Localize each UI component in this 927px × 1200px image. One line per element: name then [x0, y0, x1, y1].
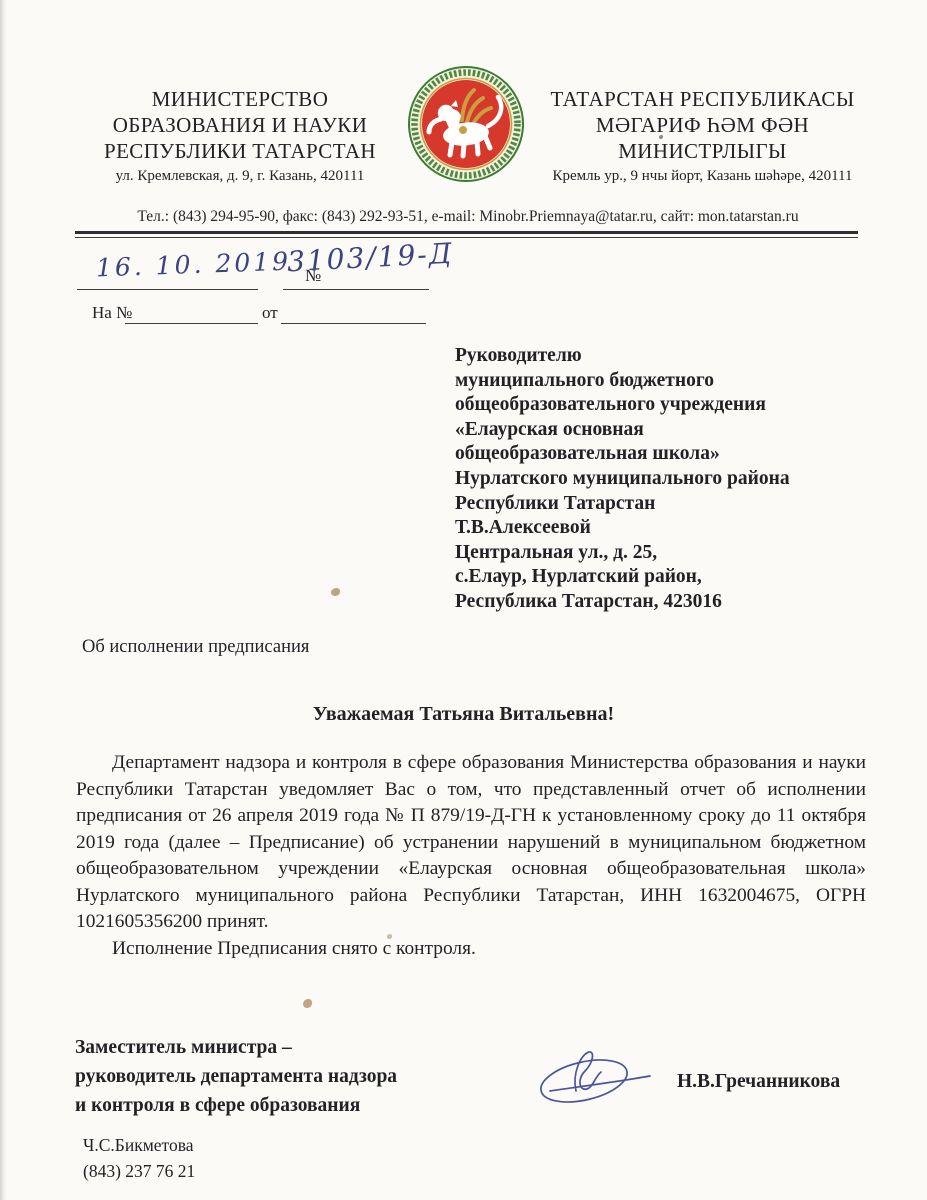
- recipient-line: Республики Татарстан: [455, 492, 885, 517]
- recipient-line: общеобразовательная школа»: [455, 442, 885, 467]
- recipient-line: «Елаурская основная: [455, 418, 885, 443]
- subject-line: Об исполнении предписания: [82, 637, 309, 658]
- org-tat-line: ТАТАРСТАН РЕСПУБЛИКАСЫ: [505, 86, 900, 112]
- reply-from-label: от: [262, 303, 278, 323]
- handwritten-outgoing-number: 3103/19-Д: [286, 237, 454, 279]
- recipient-line: общеобразовательного учреждения: [455, 393, 885, 418]
- header-divider-rule: [75, 231, 858, 238]
- handwritten-date: 16. 10. 2019: [96, 247, 292, 283]
- recipient-line: Нурлатского муниципального района: [455, 467, 885, 492]
- signer-name: Н.В.Гречанникова: [677, 1071, 840, 1093]
- recipient-line: Руководителю: [455, 344, 885, 369]
- executor-phone: (843) 237 76 21: [83, 1158, 195, 1184]
- handwritten-signature: [522, 1033, 657, 1121]
- recipient-line: с.Елаур, Нурлатский район,: [455, 565, 885, 590]
- org-ru-line: МИНИСТЕРСТВО: [75, 86, 405, 112]
- signer-position-line: и контроля в сфере образования: [75, 1091, 495, 1120]
- body-paragraph-2: Исполнение Предписания снято с контроля.: [76, 936, 866, 963]
- signer-position-line: руководитель департамента надзора: [75, 1062, 495, 1091]
- executor-name: Ч.С.Бикметова: [83, 1132, 195, 1158]
- contact-info-line: Тел.: (843) 294-95-90, факс: (843) 292-9…: [75, 208, 861, 226]
- body-paragraph-1: Департамент надзора и контроля в сфере о…: [76, 750, 866, 936]
- letter-body: Департамент надзора и контроля в сфере о…: [76, 750, 866, 962]
- number-underline: [283, 288, 429, 290]
- org-tat-line: МИНИСТРЛЫГЫ: [505, 138, 900, 164]
- signer-position-line: Заместитель министра –: [75, 1033, 495, 1062]
- reply-number-underline: [125, 322, 258, 324]
- ministry-name-russian: МИНИСТЕРСТВО ОБРАЗОВАНИЯ И НАУКИ РЕСПУБЛ…: [75, 86, 405, 164]
- executor-block: Ч.С.Бикметова (843) 237 76 21: [83, 1132, 195, 1184]
- salutation: Уважаемая Татьяна Витальевна!: [62, 703, 865, 726]
- org-ru-line: РЕСПУБЛИКИ ТАТАРСТАН: [75, 138, 405, 164]
- ministry-address-russian: ул. Кремлевская, д. 9, г. Казань, 420111: [75, 168, 405, 185]
- recipient-line: муниципального бюджетного: [455, 369, 885, 394]
- signer-position-block: Заместитель министра – руководитель депа…: [75, 1033, 495, 1120]
- scan-speck: [303, 999, 312, 1008]
- scan-edge-shadow: [0, 0, 7, 1200]
- org-ru-line: ОБРАЗОВАНИЯ И НАУКИ: [75, 112, 405, 138]
- recipient-line: Центральная ул., д. 25,: [455, 541, 885, 566]
- date-underline: [77, 288, 258, 290]
- recipient-line: Республика Татарстан, 423016: [455, 590, 885, 615]
- reply-date-underline: [281, 322, 426, 324]
- recipient-line: Т.В.Алексеевой: [455, 516, 885, 541]
- recipient-block: Руководителю муниципального бюджетного о…: [455, 344, 885, 615]
- ministry-address-tatar: Кремль ур., 9 нчы йорт, Казань шәһәре, 4…: [505, 168, 900, 185]
- letter-page: МИНИСТЕРСТВО ОБРАЗОВАНИЯ И НАУКИ РЕСПУБЛ…: [0, 0, 927, 1200]
- scan-speck: [331, 588, 340, 596]
- reply-to-label: На №: [92, 303, 132, 323]
- ministry-name-tatar: ТАТАРСТАН РЕСПУБЛИКАСЫ МӘГАРИФ ҺӘМ ФӘН М…: [505, 86, 900, 164]
- org-tat-line: МӘГАРИФ ҺӘМ ФӘН: [505, 112, 900, 138]
